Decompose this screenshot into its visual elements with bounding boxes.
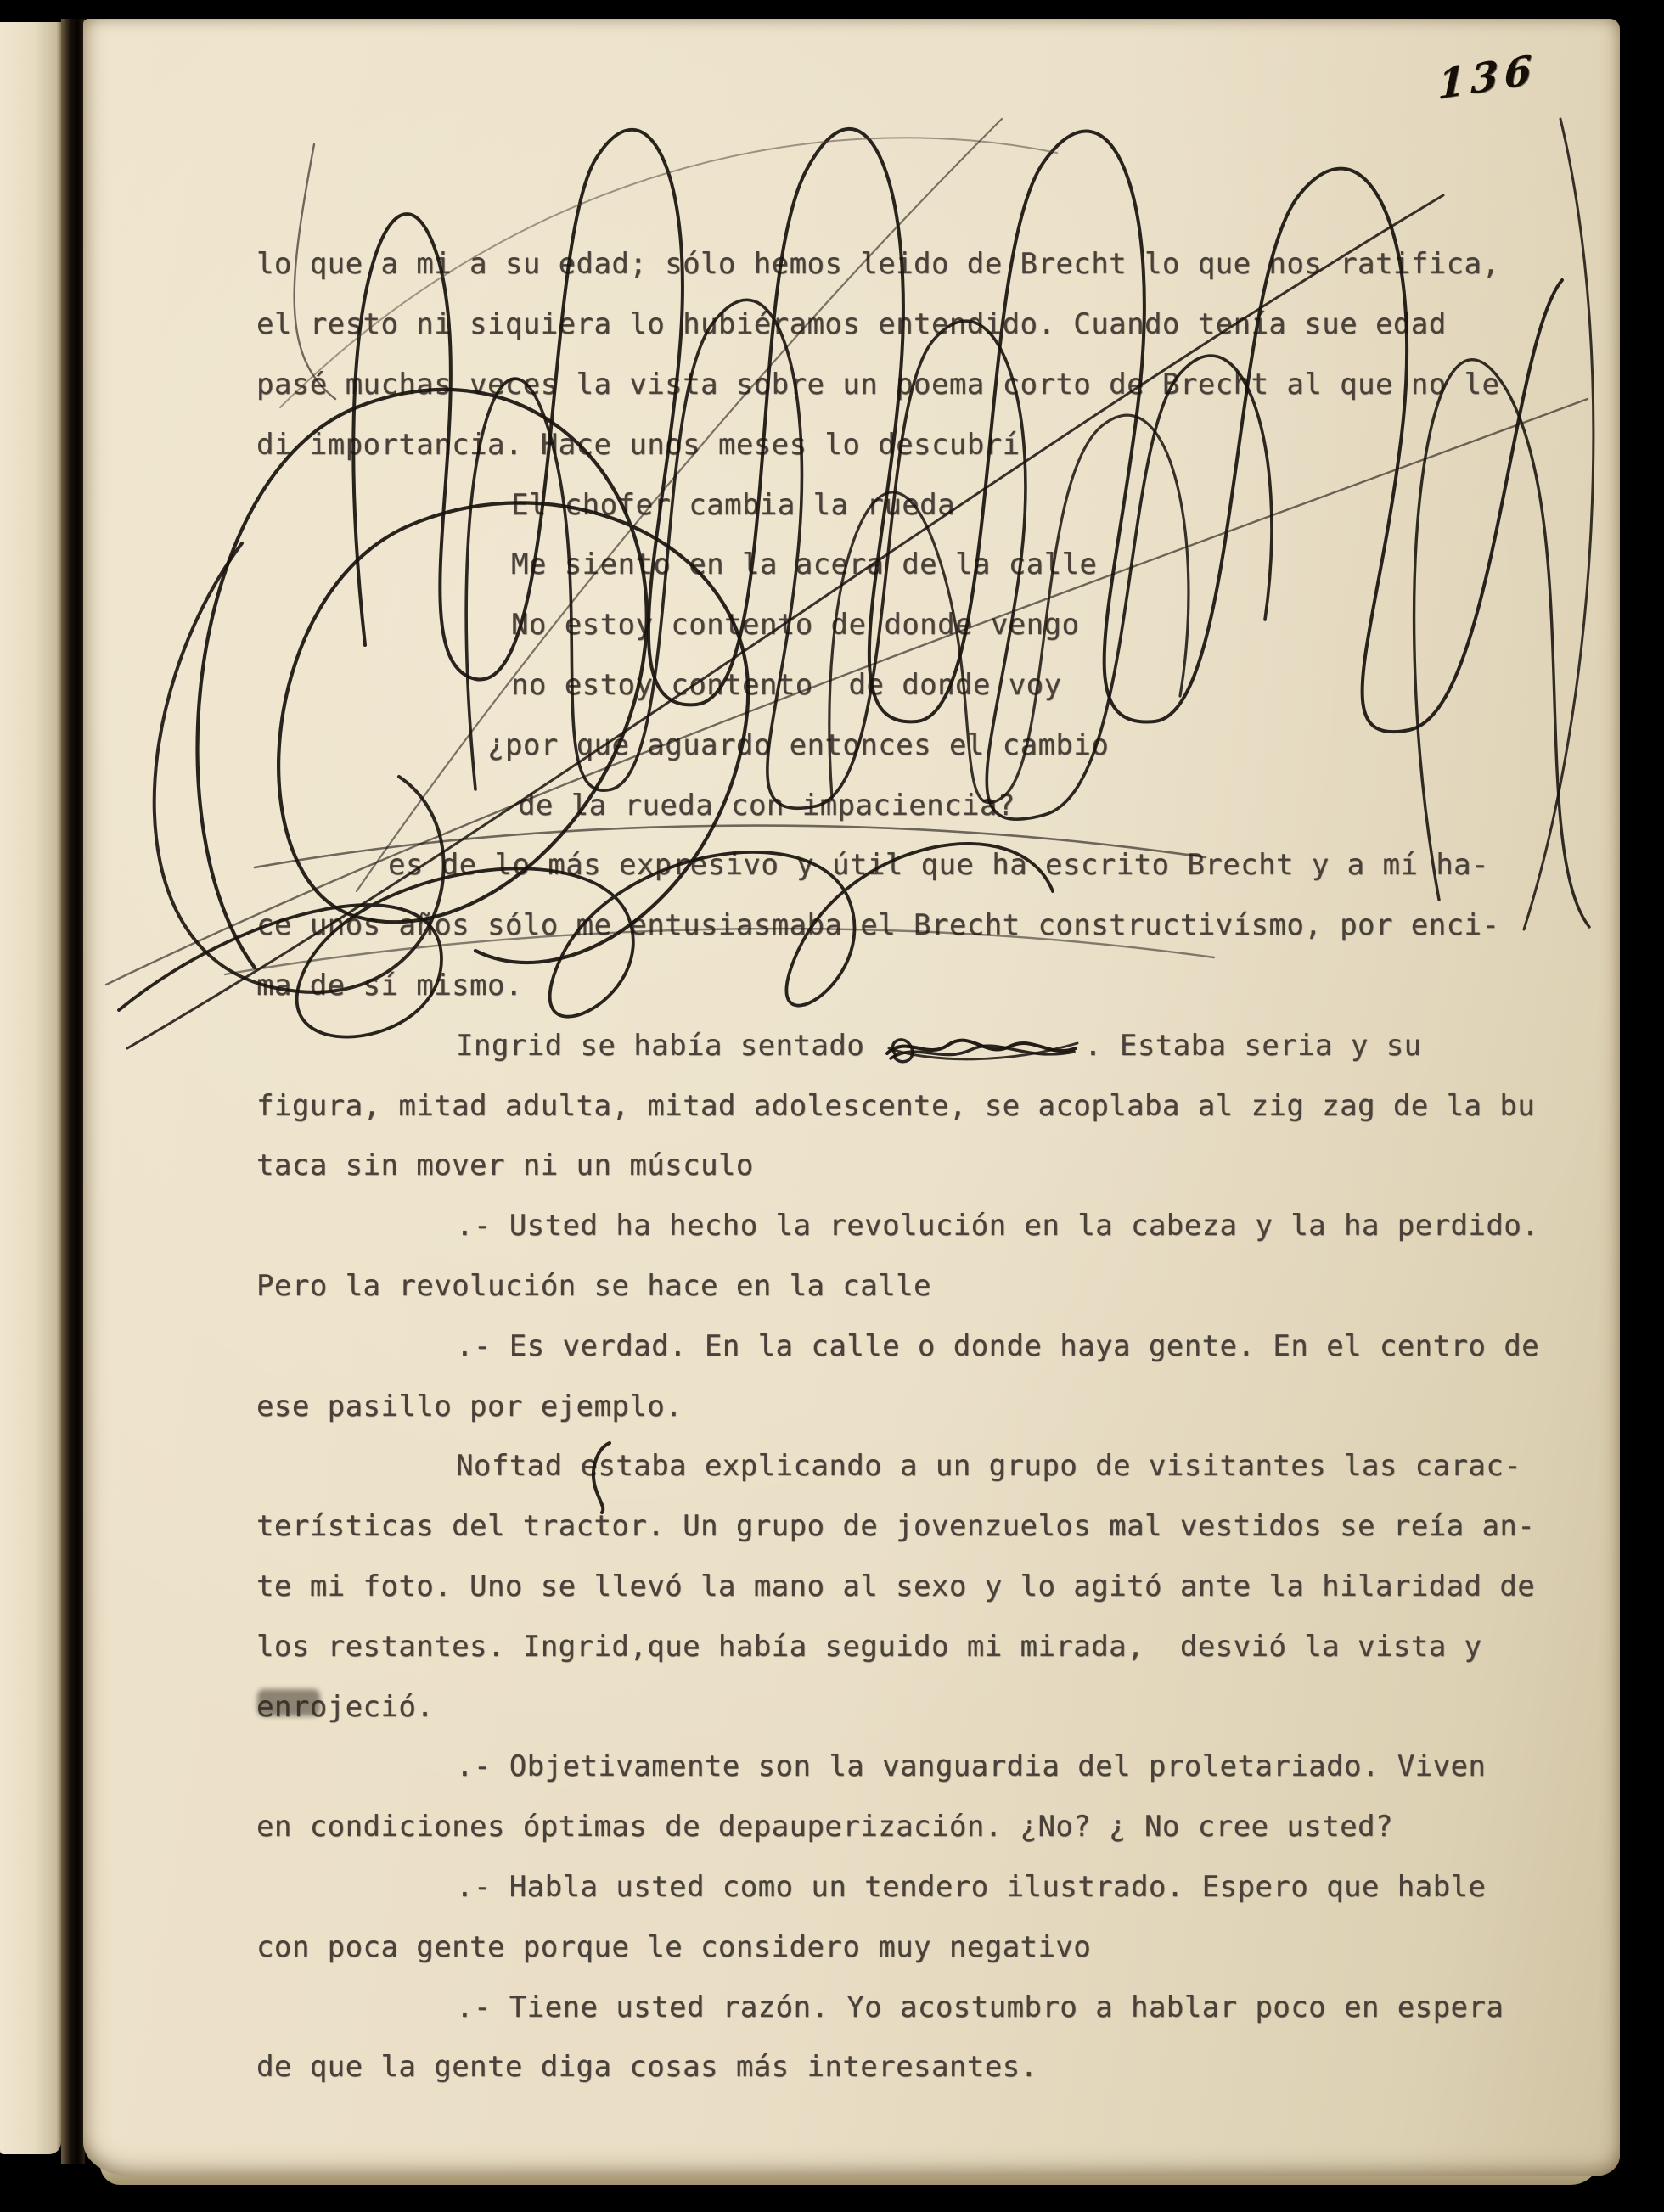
typed-line: ¿por qué aguardo entonces el cambio [256, 715, 1581, 775]
typed-line-text: Ingrid se había sentado [456, 1029, 882, 1063]
book-gutter-shadow [61, 19, 85, 2164]
word-strike-scribble [882, 1030, 1084, 1069]
typed-line: .- Tiene usted razón. Yo acostumbro a ha… [256, 1977, 1581, 2037]
typed-line: ese pasillo por ejemplo. [256, 1376, 1581, 1436]
typed-line: el resto ni siquiera lo hubiéramos enten… [256, 295, 1581, 355]
typed-line: los restantes. Ingrid,que había seguido … [256, 1616, 1581, 1676]
scribbled-out-word [882, 1030, 1084, 1069]
typed-line: pasé muchas veces la vista sobre un poem… [256, 355, 1581, 415]
typed-line: .- Objetivamente son la vanguardia del p… [256, 1737, 1581, 1797]
typed-line: de que la gente diga cosas más interesan… [256, 2037, 1581, 2097]
book-scan: 136 lo que a mi a su edad; sólo hemos le… [0, 0, 1664, 2212]
typed-line: figura, mitad adulta, mitad adolescente,… [256, 1075, 1581, 1136]
typed-line: Me siento en la acera de la calle [256, 535, 1581, 595]
typed-line: en condiciones óptimas de depauperizació… [256, 1797, 1581, 1857]
typed-line: no estoy contento de donde voy [256, 655, 1581, 716]
typed-line: terísticas del tractor. Un grupo de jove… [256, 1496, 1581, 1557]
handwritten-page-number: 136 [1437, 32, 1622, 109]
typed-line: te mi foto. Uno se llevó la mano al sexo… [256, 1557, 1581, 1617]
typed-line: .- Habla usted como un tendero ilustrado… [256, 1857, 1581, 1917]
typed-line: taca sin mover ni un músculo [256, 1136, 1581, 1196]
typed-line: enrojeció. [256, 1676, 1581, 1737]
typed-line: es de lo más expresivo y útil que ha esc… [256, 835, 1581, 895]
typed-line: di importancia. Hace unos meses lo descu… [256, 414, 1581, 474]
typed-text: lo que a mi a su edad; sólo hemos leido … [256, 234, 1581, 2097]
typed-line: No estoy contento de donde vengo [256, 595, 1581, 655]
typed-line-text: . Estaba seria y su [1084, 1029, 1421, 1063]
typed-line: de la rueda con impaciencia? [256, 775, 1581, 835]
typed-line: El chofer cambia la rueda [256, 474, 1581, 535]
typed-line: Noftad estaba explicando a un grupo de v… [256, 1436, 1581, 1496]
manuscript-page: 136 lo que a mi a su edad; sólo hemos le… [83, 19, 1620, 2176]
typed-line: ce unos años sólo me entusiasmaba el Bre… [256, 895, 1581, 956]
overtype-ink-smudge [257, 1689, 320, 1716]
typed-line: lo que a mi a su edad; sólo hemos leido … [256, 234, 1581, 295]
typed-line: ma de sí mismo. [256, 956, 1581, 1016]
typed-line: .- Usted ha hecho la revolución en la ca… [256, 1196, 1581, 1256]
typed-line: .- Es verdad. En la calle o donde haya g… [256, 1316, 1581, 1376]
typed-line: Pero la revolución se hace en la calle [256, 1256, 1581, 1317]
previous-page-edge [0, 22, 61, 2154]
typed-line: Ingrid se había sentado . Estaba seria y… [256, 1015, 1581, 1075]
typed-line: con poca gente porque le considero muy n… [256, 1917, 1581, 1977]
